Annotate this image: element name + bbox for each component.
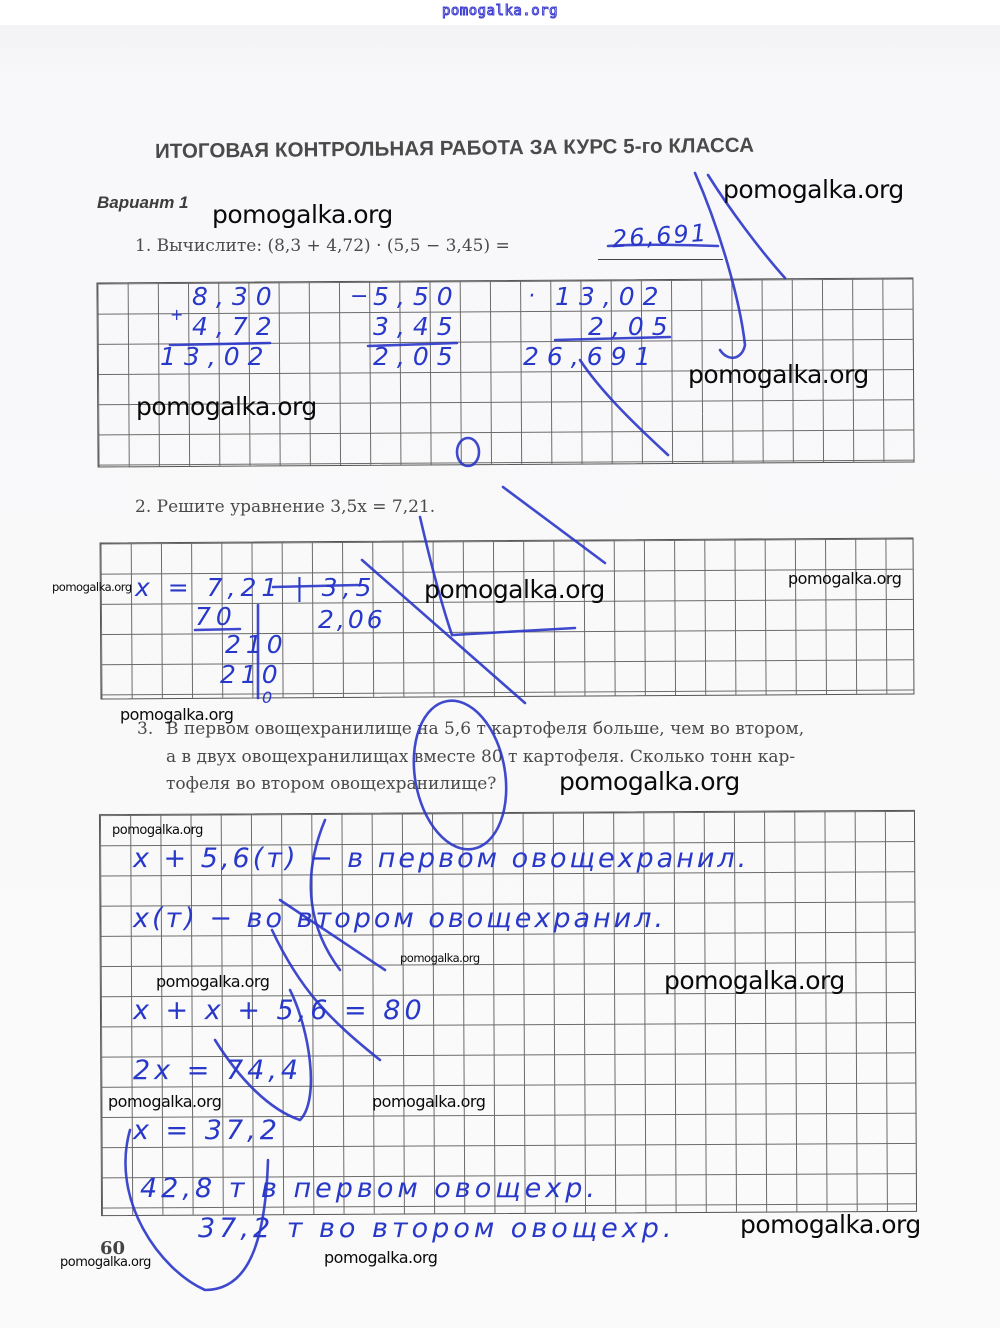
solution-line-5: x = 37,2 [133, 1115, 281, 1146]
solution-line-2: x(т) − во втором овощехранил. [133, 903, 666, 934]
solution-line-4: 2x = 74,4 [133, 1055, 302, 1086]
watermark: pomogalka.org [664, 966, 845, 995]
division-line-1: x = 7,21 | 3,5 [135, 573, 376, 602]
division-line-3: 210 [225, 630, 288, 659]
watermark: pomogalka.org [372, 1092, 485, 1111]
task-3-line-2: а в двух овощехранилищах вместе 80 т кар… [166, 747, 795, 767]
sub-result: 2,05 [373, 342, 461, 371]
watermark: pomogalka.org [112, 823, 203, 838]
watermark: pomogalka.org [723, 175, 904, 204]
add-sign: + [170, 305, 189, 324]
task-1-prompt: 1. Вычислите: (8,3 + 4,72) · (5,5 − 3,45… [135, 236, 510, 256]
watermark: pomogalka.org [108, 1092, 221, 1111]
watermark: pomogalka.org [788, 569, 901, 588]
solution-line-6: 42,8 т в первом овощехр. [140, 1173, 599, 1204]
add-operand-b: 4,72 [192, 312, 280, 341]
task-2-number: 2. [135, 497, 151, 517]
site-banner-text[interactable]: pomogalka.org [0, 3, 1000, 19]
mul-operand-b: 2,05 [588, 312, 676, 341]
variant-label: Вариант 1 [97, 193, 189, 213]
task-2-text: Решите уравнение 3,5x = 7,21. [157, 497, 436, 517]
watermark: pomogalka.org [52, 580, 132, 594]
add-operand-a: 8,30 [192, 282, 280, 311]
mul-sign: · [528, 284, 541, 309]
division-line-4: 210 [220, 660, 283, 689]
sub-sign: − [350, 284, 374, 309]
watermark: pomogalka.org [400, 951, 480, 965]
watermark: pomogalka.org [136, 392, 317, 421]
task-1-text: Вычислите: (8,3 + 4,72) · (5,5 − 3,45) = [157, 236, 510, 256]
watermark: pomogalka.org [424, 575, 605, 604]
task-3-line-3: тофеля во втором овощехранилище? [166, 774, 496, 794]
watermark: pomogalka.org [559, 767, 740, 796]
solution-line-3: x + x + 5,6 = 80 [133, 995, 426, 1026]
watermark: pomogalka.org [120, 705, 233, 724]
top-banner: pomogalka.org [0, 0, 1000, 25]
watermark: pomogalka.org [212, 200, 393, 229]
division-quotient: 2,06 [318, 605, 386, 634]
task-1-answer-line [598, 259, 723, 260]
division-line-5: 0 [262, 688, 278, 707]
solution-line-7: 37,2 т во втором овощехр. [198, 1213, 676, 1244]
add-result: 13,02 [160, 342, 272, 371]
sub-operand-b: 3,45 [373, 312, 461, 341]
watermark: pomogalka.org [156, 972, 269, 991]
solution-line-1: x + 5,6(т) − в первом овощехранил. [133, 843, 749, 874]
division-line-2: 70 [195, 602, 237, 631]
task-2-prompt: 2. Решите уравнение 3,5x = 7,21. [135, 497, 435, 517]
watermark: pomogalka.org [60, 1255, 151, 1270]
task-1-number: 1. [135, 236, 151, 256]
mul-operand-a: 13,02 [555, 282, 667, 311]
sub-operand-a: 5,50 [373, 282, 461, 311]
watermark: pomogalka.org [688, 360, 869, 389]
task-3-line-1: В первом овощехранилище на 5,6 т картофе… [166, 719, 804, 739]
mul-result: 26,691 [523, 342, 658, 371]
watermark: pomogalka.org [324, 1248, 437, 1267]
watermark: pomogalka.org [740, 1210, 921, 1239]
